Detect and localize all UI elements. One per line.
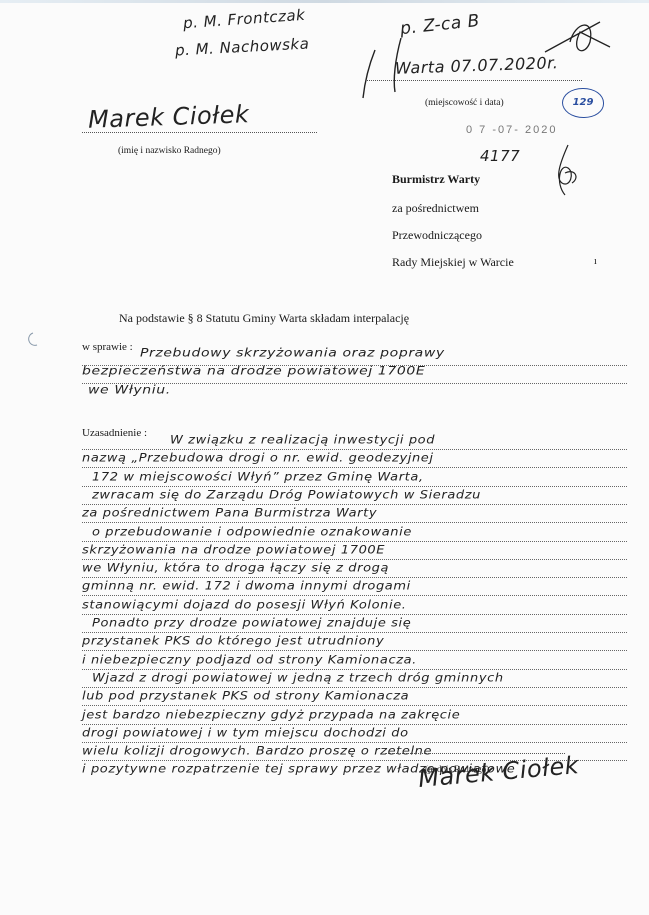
subject-label: w sprawie : [82, 341, 133, 353]
justification-rule [82, 724, 627, 725]
justification-rule [82, 541, 627, 542]
place-date-handwritten: Warta 07.07.2020r. [395, 53, 559, 78]
addressee-chairman: Przewodniczącego [392, 228, 482, 243]
place-date-dotted-line [367, 80, 582, 81]
scan-edge [0, 0, 649, 3]
place-date-label: (miejscowość i data) [425, 98, 504, 108]
justification-line: stanowiącymi dojazd do posesji Włyń Kolo… [82, 599, 642, 612]
justification-line: za pośrednictwem Pana Burmistrza Warty [82, 507, 642, 520]
justification-rule [82, 742, 627, 743]
circled-number: 129 [562, 88, 604, 118]
justification-label: Uzasadnienie : [82, 427, 147, 439]
justification-line: Ponadto przy drodze powiatowej znajduje … [92, 617, 649, 630]
subject-line-2: bezpieczeństwa na drodze powiatowej 1700… [82, 364, 642, 378]
justification-line: i niebezpieczny podjazd od strony Kamion… [82, 654, 642, 667]
justification-line: Wjazd z drogi powiatowej w jedną z trzec… [92, 672, 649, 685]
justification-line: jest bardzo niebezpieczny gdyż przypada … [82, 709, 642, 722]
subject-line-1: Przebudowy skrzyżowania oraz poprawy [140, 346, 649, 360]
justification-line: we Włyniu, która to droga łączy się z dr… [82, 562, 642, 575]
annotation-recipient-1: p. M. Frontczak [183, 6, 306, 32]
approval-initials-icon [550, 143, 585, 198]
punch-hole-mark-icon [25, 330, 45, 350]
justification-line: zwracam się do Zarządu Dróg Powiatowych … [92, 489, 649, 502]
justification-rule [82, 559, 627, 560]
subject-line-3: we Włyniu. [88, 383, 648, 397]
justification-line: 172 w miejscowości Włyń” przez Gminę War… [92, 471, 649, 484]
justification-rule [82, 705, 627, 706]
justification-rule [82, 632, 627, 633]
justification-rule [82, 650, 627, 651]
justification-rule [82, 614, 627, 615]
addressee-mayor: Burmistrz Warty [392, 172, 480, 187]
addressee-council: Rady Miejskiej w Warcie [392, 255, 514, 270]
justification-line: gminną nr. ewid. 172 i dwoma innymi drog… [82, 581, 642, 594]
justification-rule [82, 687, 627, 688]
justification-line: W związku z realizacją inwestycji pod [170, 434, 649, 447]
scanned-document-page: p. M. Frontczak p. M. Nachowska p. Z-ca … [0, 0, 649, 915]
justification-rule [82, 577, 627, 578]
justification-line: drogi powiatowej i w tym miejscu dochodz… [82, 727, 642, 740]
councillor-name-handwritten: Marek Ciołek [88, 100, 250, 134]
received-stamp-date: 0 7 -07- 2020 [466, 124, 557, 136]
registration-number: 4177 [480, 147, 520, 165]
addressee-via: za pośrednictwem [392, 201, 479, 216]
justification-rule [82, 486, 627, 487]
annotation-recipient-2: p. M. Nachowska [175, 34, 310, 59]
intro-text: Na podstawie § 8 Statutu Gminy Warta skł… [119, 311, 409, 326]
justification-line: o przebudowanie i odpowiednie oznakowani… [92, 526, 649, 539]
justification-rule [82, 504, 627, 505]
stray-mark: ı [594, 256, 597, 267]
justification-rule [82, 467, 627, 468]
justification-rule [82, 669, 627, 670]
councillor-name-dotted-line [82, 132, 317, 133]
justification-line: skrzyżowania na drodze powiatowej 1700E [82, 544, 642, 557]
justification-line: przystanek PKS do którego jest utrudnion… [82, 636, 642, 649]
justification-line: nazwą „Przebudowa drogi o nr. ewid. geod… [82, 453, 642, 466]
justification-rule [82, 595, 627, 596]
justification-rule [82, 522, 627, 523]
justification-rule [82, 449, 627, 450]
justification-line: lub pod przystanek PKS od strony Kamiona… [82, 690, 642, 703]
councillor-name-label: (imię i nazwisko Radnego) [118, 146, 221, 156]
